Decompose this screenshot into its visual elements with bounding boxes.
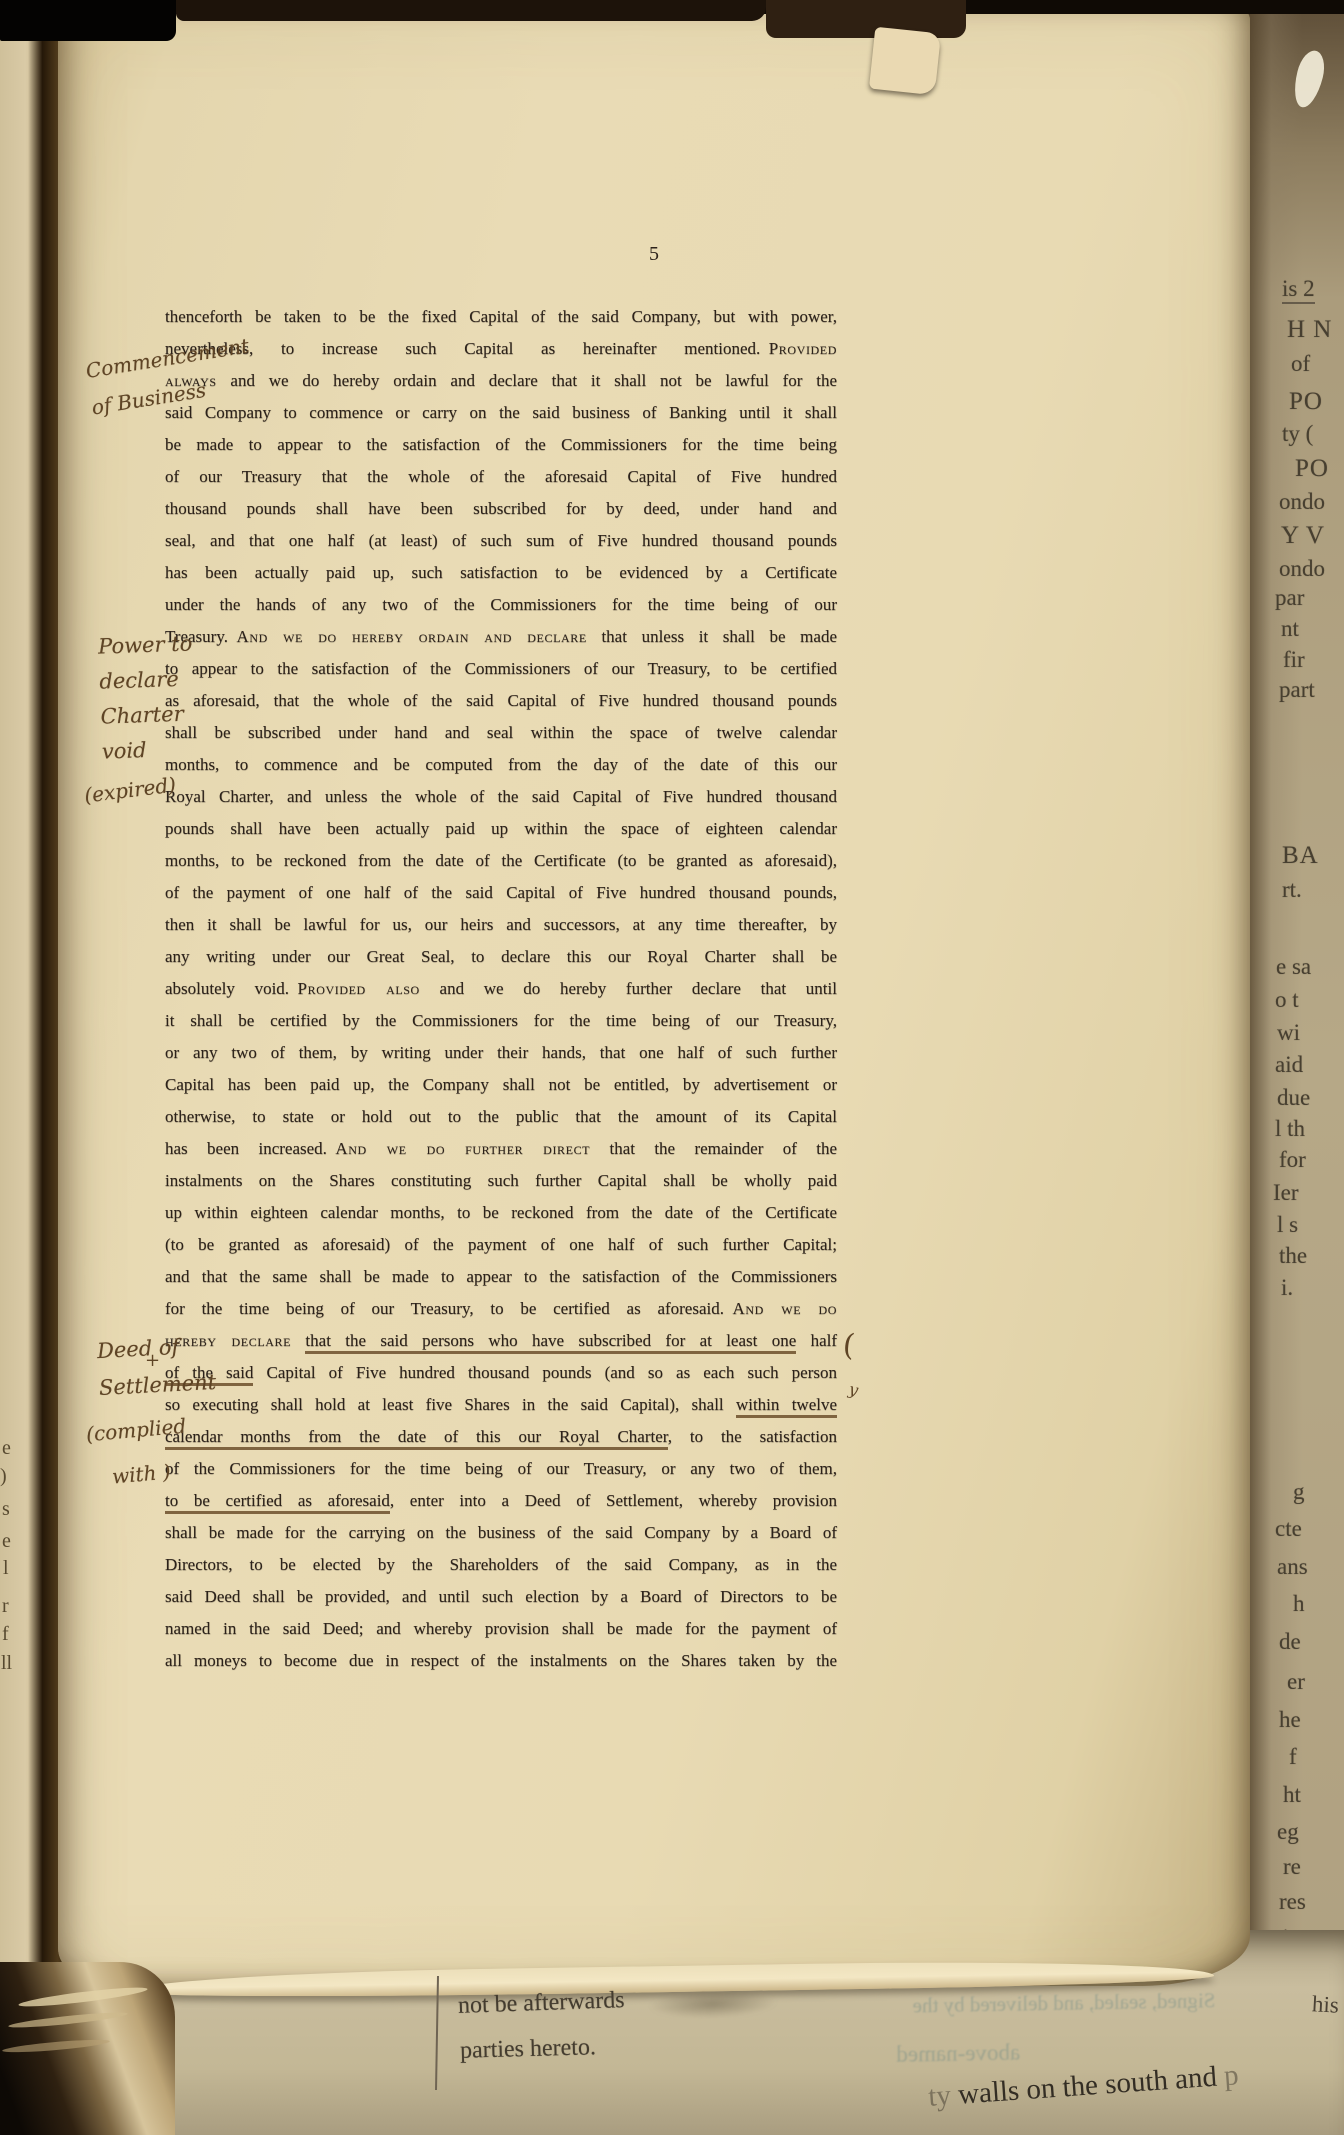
edge-fragment: PO	[1295, 455, 1329, 483]
edge-fragment: l s	[1277, 1212, 1298, 1238]
edge-fragment: cte	[1275, 1516, 1302, 1542]
text-segment: to appear to the satisfaction of the Com…	[165, 659, 837, 678]
text-segment: any writing under our Great Seal, to dec…	[165, 947, 837, 966]
text-segment: , enter into a Deed of Settlement, where…	[390, 1491, 837, 1510]
text-segment: , to the satisfaction	[668, 1427, 837, 1446]
body-line: shall be made for the carrying on the bu…	[165, 1517, 837, 1549]
edge-fragment: due	[1277, 1085, 1310, 1111]
text-segment: named in the said Deed; and whereby prov…	[165, 1619, 837, 1638]
text-segment: calendar months from the date of this ou…	[165, 1427, 668, 1450]
text-segment: Capital has been paid up, the Company sh…	[165, 1075, 837, 1094]
top-shadow-band	[176, 0, 766, 21]
bottom-corner-fragment: his	[1311, 1991, 1339, 2018]
edge-fragment: e sa	[1276, 954, 1311, 980]
text-segment: instalments on the Shares constituting s…	[165, 1171, 837, 1190]
body-line: as aforesaid, that the whole of the said…	[165, 685, 837, 717]
book-photo: e)selrfll is 2H NofPOty (POondoY Vondopa…	[0, 0, 1344, 2135]
edge-fragment: H N	[1287, 316, 1332, 344]
text-segment: And we do further direct	[335, 1139, 590, 1158]
right-edge-fragments: is 2H NofPOty (POondoY Vondoparntfirpart…	[1240, 0, 1344, 2135]
body-line: Treasury. And we do hereby ordain and de…	[165, 621, 837, 653]
body-line: Capital has been paid up, the Company sh…	[165, 1069, 837, 1101]
body-line: named in the said Deed; and whereby prov…	[165, 1613, 837, 1645]
text-segment: up within eighteen calendar months, to b…	[165, 1203, 837, 1222]
body-line: months, to be reckoned from the date of …	[165, 845, 837, 877]
edge-fragment: res	[1279, 1889, 1306, 1915]
faded-text: p	[1223, 2059, 1240, 2092]
bleedthrough-line: Signed, sealed, and delivered by the	[912, 1988, 1215, 2018]
body-line: be made to appear to the satisfaction of…	[165, 429, 837, 461]
edge-fragment: g	[1293, 1479, 1305, 1505]
body-line: all moneys to become due in respect of t…	[165, 1645, 837, 1677]
body-line: of the said Capital of Five hundred thou…	[165, 1357, 837, 1389]
faded-text: ty	[927, 2079, 959, 2113]
text-segment: months, to commence and be computed from…	[165, 755, 837, 774]
edge-fragment: l	[3, 1557, 9, 1580]
text-segment: of the Commissioners for the time being …	[165, 1459, 837, 1478]
edge-fragment: f	[2, 1623, 9, 1646]
text-segment: Provided	[769, 339, 837, 358]
text-segment: shall be subscribed under hand and seal …	[165, 723, 837, 742]
edge-fragment: PO	[1289, 388, 1323, 416]
margin-note-power-to-declare: Power to declare Charter void	[98, 626, 197, 769]
edge-fragment: r	[2, 1595, 9, 1618]
bleedthrough-line: above-named	[896, 2040, 1020, 2068]
edge-fragment: ondo	[1279, 489, 1325, 515]
body-line: it shall be certified by the Commissione…	[165, 1005, 837, 1037]
paper-slip	[869, 27, 941, 96]
body-line: pounds shall have been actually paid up …	[165, 813, 837, 845]
edge-fragment: ty (	[1282, 421, 1313, 447]
body-line: instalments on the Shares constituting s…	[165, 1165, 837, 1197]
body-line: nevertheless, to increase such Capital a…	[165, 333, 837, 365]
edge-fragment: f	[1289, 1744, 1297, 1770]
text-segment: it shall be certified by the Commissione…	[165, 1011, 837, 1030]
text-segment: under the hands of any two of the Commis…	[165, 595, 837, 614]
text-segment: thenceforth be taken to be the fixed Cap…	[165, 307, 837, 326]
edge-fragment: rt.	[1282, 877, 1302, 903]
bottom-page-fragment: parties hereto.	[460, 2034, 597, 2065]
body-line: said Deed shall be provided, and until s…	[165, 1581, 837, 1613]
body-line: thousand pounds shall have been subscrib…	[165, 493, 837, 525]
edge-fragment: BA	[1282, 842, 1319, 870]
body-line: months, to commence and be computed from…	[165, 749, 837, 781]
text-segment: And we do	[733, 1299, 838, 1318]
text-segment: be made to appear to the satisfaction of…	[165, 435, 837, 454]
edge-fragment: he	[1279, 1707, 1301, 1733]
text-segment: seal, and that one half (at least) of su…	[165, 531, 837, 550]
text-segment: Provided also	[298, 979, 420, 998]
text-segment: that the remainder of the	[590, 1139, 837, 1158]
text-segment: nevertheless, to increase such Capital a…	[165, 339, 769, 358]
edge-fragment: Y V	[1281, 522, 1325, 550]
text-segment: Capital of Five hundred thousand pounds …	[253, 1363, 837, 1382]
margin-note-line: Power to	[98, 626, 193, 664]
text-segment: and we do hereby ordain and declare that…	[217, 371, 837, 390]
page-number: 5	[58, 243, 1250, 266]
body-line: calendar months from the date of this ou…	[165, 1421, 837, 1453]
text-segment: that the said persons who have subscribe…	[305, 1331, 796, 1354]
edge-fragment: fir	[1283, 647, 1305, 673]
body-line: thenceforth be taken to be the fixed Cap…	[165, 301, 837, 333]
body-line: has been actually paid up, such satisfac…	[165, 557, 837, 589]
body-line: seal, and that one half (at least) of su…	[165, 525, 837, 557]
edge-fragment: er	[1287, 1669, 1305, 1695]
edge-fragment: l th	[1275, 1116, 1305, 1142]
text-segment: for the time being of our Treasury, to b…	[165, 1299, 733, 1318]
text-segment: thousand pounds shall have been subscrib…	[165, 499, 837, 518]
edge-fragment: eg	[1277, 1819, 1299, 1845]
body-line: or any two of them, by writing under the…	[165, 1037, 837, 1069]
text-segment: so executing shall hold at least five Sh…	[165, 1395, 736, 1414]
edge-fragment: s	[2, 1498, 10, 1521]
right-page-edge: is 2H NofPOty (POondoY Vondoparntfirpart…	[1240, 0, 1344, 2135]
margin-note-line: Charter	[100, 696, 195, 734]
text-segment: Royal Charter, and unless the whole of t…	[165, 787, 837, 806]
edge-fragment: Ier	[1273, 1180, 1299, 1206]
margin-note-line: void	[101, 731, 196, 769]
edge-fragment: e	[2, 1437, 11, 1460]
text-segment: within twelve	[736, 1395, 837, 1418]
edge-fragment: aid	[1275, 1052, 1303, 1078]
body-line: Royal Charter, and unless the whole of t…	[165, 781, 837, 813]
text-segment: pounds shall have been actually paid up …	[165, 819, 837, 838]
text-segment	[291, 1331, 305, 1350]
body-line: up within eighteen calendar months, to b…	[165, 1197, 837, 1229]
text-segment: and we do hereby further declare that un…	[420, 979, 837, 998]
body-line: for the time being of our Treasury, to b…	[165, 1293, 837, 1325]
body-line: and that the same shall be made to appea…	[165, 1261, 837, 1293]
edge-fragment: nt	[1281, 616, 1299, 642]
text-segment: And we do hereby ordain and declare	[236, 627, 586, 646]
text-segment: (to be granted as aforesaid) of the paym…	[165, 1235, 837, 1254]
edge-fragment: wi	[1277, 1020, 1300, 1046]
margin-note-line: declare	[99, 661, 194, 699]
text-segment: absolutely void.	[165, 979, 298, 998]
text-segment: to be certified as aforesaid	[165, 1491, 390, 1514]
body-line: any writing under our Great Seal, to dec…	[165, 941, 837, 973]
text-segment: shall be made for the carrying on the bu…	[165, 1523, 837, 1542]
body-line: always and we do hereby ordain and decla…	[165, 365, 837, 397]
edge-fragment: for	[1279, 1147, 1306, 1173]
text-block: thenceforth be taken to be the fixed Cap…	[165, 301, 837, 1677]
body-line: shall be subscribed under hand and seal …	[165, 717, 837, 749]
edge-fragment: re	[1283, 1854, 1301, 1880]
body-line: to be certified as aforesaid, enter into…	[165, 1485, 837, 1517]
edge-fragment: de	[1279, 1629, 1301, 1655]
body-line: of the Commissioners for the time being …	[165, 1453, 837, 1485]
body-line: otherwise, to state or hold out to the p…	[165, 1101, 837, 1133]
text-segment: all moneys to become due in respect of t…	[165, 1651, 837, 1670]
edge-fragment: the	[1279, 1243, 1307, 1269]
text-segment: of our Treasury that the whole of the af…	[165, 467, 837, 486]
body-line: absolutely void. Provided also and we do…	[165, 973, 837, 1005]
edge-fragment: i.	[1281, 1275, 1293, 1301]
text-segment: or any two of them, by writing under the…	[165, 1043, 837, 1062]
body-line: of our Treasury that the whole of the af…	[165, 461, 837, 493]
body-line: under the hands of any two of the Commis…	[165, 589, 837, 621]
text-segment: otherwise, to state or hold out to the p…	[165, 1107, 837, 1126]
text-segment: that unless it shall be made	[587, 627, 837, 646]
body-line: hereby declare that the said persons who…	[165, 1325, 837, 1357]
text-segment: of the payment of one half of the said C…	[165, 883, 837, 902]
text-segment: as aforesaid, that the whole of the said…	[165, 691, 837, 710]
edge-fragment: is 2	[1282, 276, 1315, 304]
margin-note-with: with )	[111, 1459, 171, 1488]
edge-fragment: part	[1279, 677, 1315, 703]
edge-fragment: par	[1275, 585, 1304, 611]
edge-fragment: )	[0, 1465, 7, 1488]
top-shadow-band	[766, 0, 966, 38]
edge-fragment: ans	[1277, 1554, 1308, 1580]
text-segment: Directors, to be elected by the Sharehol…	[165, 1555, 837, 1574]
edge-fragment: e	[2, 1530, 11, 1553]
text-segment: then it shall be lawful for us, our heir…	[165, 915, 837, 934]
text-segment: half	[796, 1331, 837, 1350]
body-line: has been increased. And we do further di…	[165, 1133, 837, 1165]
text-segment: has been increased.	[165, 1139, 335, 1158]
body-line: to appear to the satisfaction of the Com…	[165, 653, 837, 685]
text-segment: months, to be reckoned from the date of …	[165, 851, 837, 870]
text-segment: and that the same shall be made to appea…	[165, 1267, 837, 1286]
edge-fragment: h	[1293, 1591, 1305, 1617]
top-left-dark-corner	[0, 0, 176, 41]
text-segment: said Company to commence or carry on the…	[165, 403, 837, 422]
edge-fragment: ht	[1283, 1782, 1301, 1808]
edge-fragment: o t	[1275, 987, 1299, 1013]
text-segment: said Deed shall be provided, and until s…	[165, 1587, 837, 1606]
text-segment: has been actually paid up, such satisfac…	[165, 563, 837, 582]
body-line: Directors, to be elected by the Sharehol…	[165, 1549, 837, 1581]
edge-fragment: ondo	[1279, 556, 1325, 582]
body-line: said Company to commence or carry on the…	[165, 397, 837, 429]
body-line: then it shall be lawful for us, our heir…	[165, 909, 837, 941]
body-line: (to be granted as aforesaid) of the paym…	[165, 1229, 837, 1261]
caret-mark: +	[145, 1350, 160, 1371]
edge-fragment: of	[1291, 351, 1310, 377]
body-line: of the payment of one half of the said C…	[165, 877, 837, 909]
body-line: so executing shall hold at least five Sh…	[165, 1389, 837, 1421]
edge-fragment: ll	[1, 1652, 12, 1675]
